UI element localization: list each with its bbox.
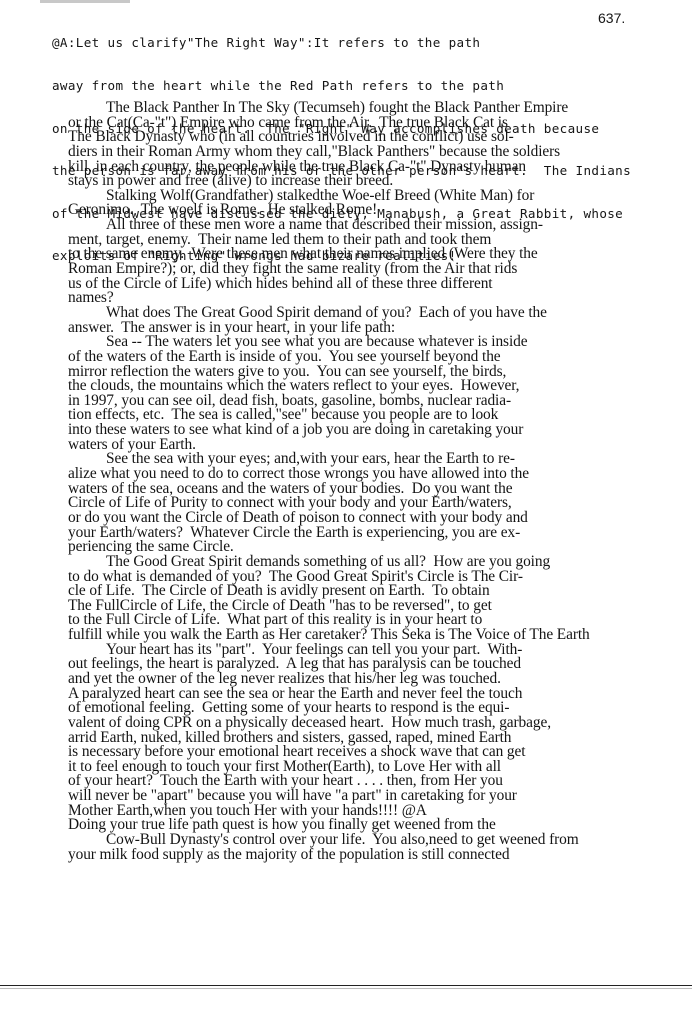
scan-artifact <box>40 0 130 3</box>
document-page: 637. @A:Let us clarify"The Right Way":It… <box>0 0 692 1012</box>
body-line: your milk food supply as the majority of… <box>68 848 692 863</box>
typed-line: away from the heart while the Red Path r… <box>52 79 692 93</box>
body-text: The Black Panther In The Sky (Tecumseh) … <box>68 101 692 862</box>
body-line: us of the Circle of Life) which hides be… <box>68 277 692 292</box>
typed-line: @A:Let us clarify"The Right Way":It refe… <box>52 36 692 50</box>
bottom-divider <box>0 985 692 986</box>
bottom-divider-shadow <box>0 988 692 989</box>
